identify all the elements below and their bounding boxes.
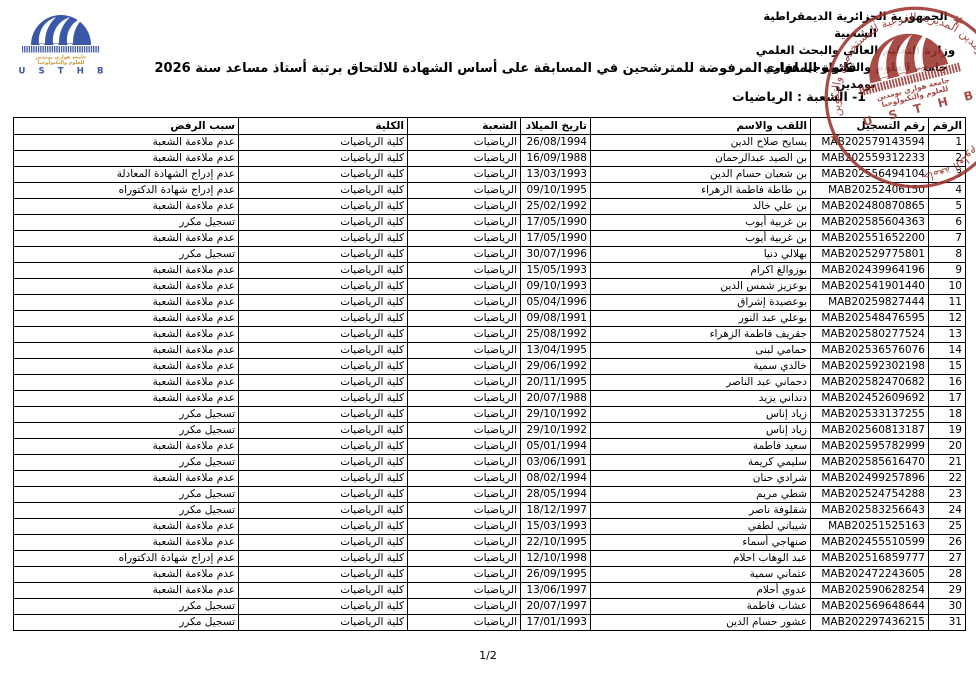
cell-rejection-reason: تسجيل مكرر — [14, 487, 239, 503]
cell-branch: الرياضيات — [408, 183, 521, 199]
col-header-no: الرقم — [929, 118, 966, 135]
cell-name: بن علي خالد — [591, 199, 811, 215]
page-title: قائمة الملفات المرفوضة للمترشحين في المس… — [150, 61, 861, 76]
cell-birth-date: 20/11/1995 — [521, 375, 591, 391]
cell-name: عدوي أحلام — [591, 583, 811, 599]
cell-name: خالدي سمية — [591, 359, 811, 375]
table-row: 18 MAB202533137255 زياد إناس 29/10/1992 … — [14, 407, 966, 423]
cell-no: 8 — [929, 247, 966, 263]
cell-rejection-reason: تسجيل مكرر — [14, 599, 239, 615]
table-row: 20 MAB202595782999 سعيد فاطمة 05/01/1994… — [14, 439, 966, 455]
cell-no: 11 — [929, 295, 966, 311]
cell-birth-date: 17/01/1993 — [521, 615, 591, 631]
cell-birth-date: 22/10/1995 — [521, 535, 591, 551]
cell-name: بوعصيدة إشراق — [591, 295, 811, 311]
cell-name: شيباني لطفي — [591, 519, 811, 535]
table-row: 31 MAB202297436215 عشور حسام الدين 17/01… — [14, 615, 966, 631]
cell-branch: الرياضيات — [408, 359, 521, 375]
cell-rejection-reason: عدم ملاءمة الشعبة — [14, 135, 239, 151]
cell-name: عشاب فاطمة — [591, 599, 811, 615]
cell-name: جقريف فاطمة الزهراء — [591, 327, 811, 343]
cell-name: بوعلي عبد النور — [591, 311, 811, 327]
cell-no: 5 — [929, 199, 966, 215]
cell-registration-number: MAB202560813187 — [811, 423, 929, 439]
cell-faculty: كلية الرياضيات — [239, 423, 408, 439]
table-row: 11 MAB20259827444 بوعصيدة إشراق 05/04/19… — [14, 295, 966, 311]
cell-rejection-reason: عدم ملاءمة الشعبة — [14, 471, 239, 487]
table-row: 13 MAB202580277524 جقريف فاطمة الزهراء 2… — [14, 327, 966, 343]
cell-branch: الرياضيات — [408, 471, 521, 487]
cell-registration-number: MAB202592302198 — [811, 359, 929, 375]
cell-rejection-reason: عدم ملاءمة الشعبة — [14, 583, 239, 599]
table-row: 5 MAB202480870865 بن علي خالد 25/02/1992… — [14, 199, 966, 215]
cell-registration-number: MAB202559312233 — [811, 151, 929, 167]
cell-branch: الرياضيات — [408, 407, 521, 423]
cell-registration-number: MAB202297436215 — [811, 615, 929, 631]
cell-branch: الرياضيات — [408, 567, 521, 583]
cell-no: 28 — [929, 567, 966, 583]
col-header-branch: الشعبة — [408, 118, 521, 135]
cell-birth-date: 16/09/1988 — [521, 151, 591, 167]
cell-name: شرادي حنان — [591, 471, 811, 487]
cell-registration-number: MAB202585616470 — [811, 455, 929, 471]
cell-birth-date: 03/06/1991 — [521, 455, 591, 471]
cell-no: 4 — [929, 183, 966, 199]
cell-registration-number: MAB202480870865 — [811, 199, 929, 215]
cell-birth-date: 29/10/1992 — [521, 407, 591, 423]
cell-no: 24 — [929, 503, 966, 519]
table-row: 14 MAB202536576076 حمامي لبنى 13/04/1995… — [14, 343, 966, 359]
col-header-dob: تاريخ الميلاد — [521, 118, 591, 135]
cell-no: 10 — [929, 279, 966, 295]
rejected-files-table: الرقم رقم التسجيل اللقب والاسم تاريخ الم… — [13, 117, 966, 631]
cell-rejection-reason: تسجيل مكرر — [14, 247, 239, 263]
cell-faculty: كلية الرياضيات — [239, 199, 408, 215]
cell-branch: الرياضيات — [408, 151, 521, 167]
cell-name: زياد إناس — [591, 423, 811, 439]
cell-birth-date: 20/07/1988 — [521, 391, 591, 407]
cell-registration-number: MAB202595782999 — [811, 439, 929, 455]
cell-faculty: كلية الرياضيات — [239, 599, 408, 615]
cell-faculty: كلية الرياضيات — [239, 471, 408, 487]
cell-rejection-reason: تسجيل مكرر — [14, 215, 239, 231]
cell-faculty: كلية الرياضيات — [239, 535, 408, 551]
cell-branch: الرياضيات — [408, 599, 521, 615]
cell-name: بن غربية أيوب — [591, 231, 811, 247]
cell-no: 13 — [929, 327, 966, 343]
cell-no: 17 — [929, 391, 966, 407]
cell-branch: الرياضيات — [408, 535, 521, 551]
cell-branch: الرياضيات — [408, 327, 521, 343]
cell-name: شقلوفة ناصر — [591, 503, 811, 519]
cell-rejection-reason: عدم ملاءمة الشعبة — [14, 311, 239, 327]
cell-birth-date: 25/02/1992 — [521, 199, 591, 215]
cell-faculty: كلية الرياضيات — [239, 167, 408, 183]
cell-faculty: كلية الرياضيات — [239, 359, 408, 375]
cell-faculty: كلية الرياضيات — [239, 375, 408, 391]
cell-registration-number: MAB202583256643 — [811, 503, 929, 519]
table-row: 27 MAB202516859777 عبد الوهاب احلام 12/1… — [14, 551, 966, 567]
cell-branch: الرياضيات — [408, 215, 521, 231]
cell-registration-number: MAB202579143594 — [811, 135, 929, 151]
cell-registration-number: MAB202452609692 — [811, 391, 929, 407]
cell-birth-date: 15/05/1993 — [521, 263, 591, 279]
cell-branch: الرياضيات — [408, 391, 521, 407]
cell-rejection-reason: عدم ملاءمة الشعبة — [14, 519, 239, 535]
cell-registration-number: MAB202529775801 — [811, 247, 929, 263]
cell-birth-date: 09/10/1993 — [521, 279, 591, 295]
cell-registration-number: MAB202455510599 — [811, 535, 929, 551]
cell-faculty: كلية الرياضيات — [239, 407, 408, 423]
cell-faculty: كلية الرياضيات — [239, 183, 408, 199]
table-row: 1 MAB202579143594 بسايح صلاح الدين 26/08… — [14, 135, 966, 151]
table-row: 30 MAB202569648644 عشاب فاطمة 20/07/1997… — [14, 599, 966, 615]
table-row: 3 MAB202556494104 بن شعبان حسام الدين 13… — [14, 167, 966, 183]
cell-faculty: كلية الرياضيات — [239, 343, 408, 359]
cell-registration-number: MAB202536576076 — [811, 343, 929, 359]
table-row: 23 MAB202524754288 شطي مريم 28/05/1994 ا… — [14, 487, 966, 503]
cell-rejection-reason: عدم ملاءمة الشعبة — [14, 359, 239, 375]
cell-name: بسايح صلاح الدين — [591, 135, 811, 151]
usthb-logo: جامعة هواري بومدين للعلوم والتكنولوجيا U… — [8, 6, 114, 84]
cell-faculty: كلية الرياضيات — [239, 311, 408, 327]
cell-no: 12 — [929, 311, 966, 327]
cell-birth-date: 13/06/1997 — [521, 583, 591, 599]
section-label: 1- الشعبة : الرياضيات — [732, 89, 866, 104]
table-row: 24 MAB202583256643 شقلوفة ناصر 18/12/199… — [14, 503, 966, 519]
cell-rejection-reason: عدم ملاءمة الشعبة — [14, 263, 239, 279]
cell-branch: الرياضيات — [408, 247, 521, 263]
cell-no: 29 — [929, 583, 966, 599]
cell-no: 22 — [929, 471, 966, 487]
cell-no: 18 — [929, 407, 966, 423]
cell-rejection-reason: تسجيل مكرر — [14, 407, 239, 423]
cell-registration-number: MAB202590628254 — [811, 583, 929, 599]
cell-registration-number: MAB20252406150 — [811, 183, 929, 199]
cell-registration-number: MAB202472243605 — [811, 567, 929, 583]
table-row: 26 MAB202455510599 صنهاجي أسماء 22/10/19… — [14, 535, 966, 551]
cell-faculty: كلية الرياضيات — [239, 327, 408, 343]
government-header: الجمهورية الجزائرية الديمقراطية الشعبية … — [748, 8, 963, 93]
cell-birth-date: 13/04/1995 — [521, 343, 591, 359]
cell-birth-date: 29/06/1992 — [521, 359, 591, 375]
cell-no: 26 — [929, 535, 966, 551]
cell-name: سعيد فاطمة — [591, 439, 811, 455]
cell-birth-date: 05/01/1994 — [521, 439, 591, 455]
cell-no: 3 — [929, 167, 966, 183]
cell-rejection-reason: عدم ملاءمة الشعبة — [14, 295, 239, 311]
cell-birth-date: 17/05/1990 — [521, 215, 591, 231]
cell-rejection-reason: عدم ملاءمة الشعبة — [14, 439, 239, 455]
cell-branch: الرياضيات — [408, 551, 521, 567]
cell-name: بهلالي دنيا — [591, 247, 811, 263]
cell-faculty: كلية الرياضيات — [239, 391, 408, 407]
cell-registration-number: MAB202582470682 — [811, 375, 929, 391]
cell-birth-date: 08/02/1994 — [521, 471, 591, 487]
logo-arabic-line2: للعلوم والتكنولوجيا — [38, 60, 85, 66]
table-body: 1 MAB202579143594 بسايح صلاح الدين 26/08… — [14, 135, 966, 631]
cell-no: 9 — [929, 263, 966, 279]
table-row: 19 MAB202560813187 زياد إناس 29/10/1992 … — [14, 423, 966, 439]
table-row: 10 MAB202541901440 بوعزيز شمس الدين 09/1… — [14, 279, 966, 295]
cell-rejection-reason: عدم إدراج شهادة الدكتوراه — [14, 183, 239, 199]
cell-birth-date: 20/07/1997 — [521, 599, 591, 615]
col-header-reg: رقم التسجيل — [811, 118, 929, 135]
table-row: 29 MAB202590628254 عدوي أحلام 13/06/1997… — [14, 583, 966, 599]
cell-faculty: كلية الرياضيات — [239, 231, 408, 247]
cell-name: بن طاطة فاطمة الزهراء — [591, 183, 811, 199]
cell-branch: الرياضيات — [408, 167, 521, 183]
cell-birth-date: 18/12/1997 — [521, 503, 591, 519]
cell-faculty: كلية الرياضيات — [239, 487, 408, 503]
table-row: 2 MAB202559312233 بن الصيد عبدالرحمان 16… — [14, 151, 966, 167]
cell-name: حمامي لبنى — [591, 343, 811, 359]
table-row: 12 MAB202548476595 بوعلي عبد النور 09/08… — [14, 311, 966, 327]
cell-birth-date: 13/03/1993 — [521, 167, 591, 183]
cell-faculty: كلية الرياضيات — [239, 551, 408, 567]
cell-branch: الرياضيات — [408, 279, 521, 295]
logo-acronym: U S T H B — [19, 67, 104, 77]
cell-faculty: كلية الرياضيات — [239, 215, 408, 231]
cell-faculty: كلية الرياضيات — [239, 279, 408, 295]
cell-faculty: كلية الرياضيات — [239, 263, 408, 279]
cell-no: 1 — [929, 135, 966, 151]
cell-no: 27 — [929, 551, 966, 567]
cell-registration-number: MAB20251525163 — [811, 519, 929, 535]
cell-birth-date: 05/04/1996 — [521, 295, 591, 311]
page-number: 1/2 — [0, 649, 976, 662]
cell-branch: الرياضيات — [408, 263, 521, 279]
cell-rejection-reason: عدم ملاءمة الشعبة — [14, 231, 239, 247]
cell-registration-number: MAB202551652200 — [811, 231, 929, 247]
cell-birth-date: 28/05/1994 — [521, 487, 591, 503]
cell-branch: الرياضيات — [408, 199, 521, 215]
col-header-name: اللقب والاسم — [591, 118, 811, 135]
cell-birth-date: 12/10/1998 — [521, 551, 591, 567]
cell-no: 25 — [929, 519, 966, 535]
cell-faculty: كلية الرياضيات — [239, 135, 408, 151]
cell-registration-number: MAB202556494104 — [811, 167, 929, 183]
cell-no: 7 — [929, 231, 966, 247]
cell-branch: الرياضيات — [408, 135, 521, 151]
cell-rejection-reason: عدم ملاءمة الشعبة — [14, 151, 239, 167]
cell-faculty: كلية الرياضيات — [239, 567, 408, 583]
cell-branch: الرياضيات — [408, 375, 521, 391]
cell-birth-date: 29/10/1992 — [521, 423, 591, 439]
cell-birth-date: 09/10/1995 — [521, 183, 591, 199]
table-row: 21 MAB202585616470 سليمي كريمة 03/06/199… — [14, 455, 966, 471]
cell-faculty: كلية الرياضيات — [239, 247, 408, 263]
cell-birth-date: 25/08/1992 — [521, 327, 591, 343]
table-row: 15 MAB202592302198 خالدي سمية 29/06/1992… — [14, 359, 966, 375]
cell-branch: الرياضيات — [408, 295, 521, 311]
table-row: 28 MAB202472243605 عثماني سمية 26/09/199… — [14, 567, 966, 583]
col-header-faculty: الكلية — [239, 118, 408, 135]
cell-rejection-reason: عدم ملاءمة الشعبة — [14, 199, 239, 215]
cell-branch: الرياضيات — [408, 231, 521, 247]
table-row: 7 MAB202551652200 بن غربية أيوب 17/05/19… — [14, 231, 966, 247]
cell-faculty: كلية الرياضيات — [239, 583, 408, 599]
cell-name: بوزوالغ اكرام — [591, 263, 811, 279]
cell-registration-number: MAB20259827444 — [811, 295, 929, 311]
cell-name: عشور حسام الدين — [591, 615, 811, 631]
cell-registration-number: MAB202580277524 — [811, 327, 929, 343]
cell-no: 21 — [929, 455, 966, 471]
cell-rejection-reason: عدم ملاءمة الشعبة — [14, 535, 239, 551]
cell-name: بن غربية أيوب — [591, 215, 811, 231]
cell-faculty: كلية الرياضيات — [239, 295, 408, 311]
cell-registration-number: MAB202541901440 — [811, 279, 929, 295]
cell-branch: الرياضيات — [408, 423, 521, 439]
table-row: 25 MAB20251525163 شيباني لطفي 15/03/1993… — [14, 519, 966, 535]
cell-branch: الرياضيات — [408, 455, 521, 471]
gov-line-1: الجمهورية الجزائرية الديمقراطية الشعبية — [748, 8, 963, 42]
cell-no: 20 — [929, 439, 966, 455]
cell-rejection-reason: عدم إدراج الشهادة المعادلة — [14, 167, 239, 183]
cell-registration-number: MAB202516859777 — [811, 551, 929, 567]
cell-no: 14 — [929, 343, 966, 359]
cell-birth-date: 15/03/1993 — [521, 519, 591, 535]
cell-branch: الرياضيات — [408, 439, 521, 455]
cell-name: بوعزيز شمس الدين — [591, 279, 811, 295]
cell-branch: الرياضيات — [408, 583, 521, 599]
cell-registration-number: MAB202548476595 — [811, 311, 929, 327]
cell-rejection-reason: عدم ملاءمة الشعبة — [14, 391, 239, 407]
cell-rejection-reason: تسجيل مكرر — [14, 455, 239, 471]
cell-registration-number: MAB202569648644 — [811, 599, 929, 615]
cell-branch: الرياضيات — [408, 343, 521, 359]
cell-rejection-reason: تسجيل مكرر — [14, 423, 239, 439]
cell-birth-date: 26/09/1995 — [521, 567, 591, 583]
cell-branch: الرياضيات — [408, 311, 521, 327]
cell-rejection-reason: عدم ملاءمة الشعبة — [14, 343, 239, 359]
cell-registration-number: MAB202439964196 — [811, 263, 929, 279]
table-row: 16 MAB202582470682 دحماني عبد الناصر 20/… — [14, 375, 966, 391]
cell-faculty: كلية الرياضيات — [239, 615, 408, 631]
cell-no: 15 — [929, 359, 966, 375]
cell-registration-number: MAB202524754288 — [811, 487, 929, 503]
cell-rejection-reason: عدم ملاءمة الشعبة — [14, 279, 239, 295]
cell-faculty: كلية الرياضيات — [239, 519, 408, 535]
col-header-reason: سبب الرفض — [14, 118, 239, 135]
cell-name: دحماني عبد الناصر — [591, 375, 811, 391]
cell-no: 19 — [929, 423, 966, 439]
cell-name: بن شعبان حسام الدين — [591, 167, 811, 183]
cell-no: 30 — [929, 599, 966, 615]
cell-name: عبد الوهاب احلام — [591, 551, 811, 567]
cell-birth-date: 26/08/1994 — [521, 135, 591, 151]
cell-rejection-reason: تسجيل مكرر — [14, 503, 239, 519]
cell-registration-number: MAB202533137255 — [811, 407, 929, 423]
cell-name: عثماني سمية — [591, 567, 811, 583]
gov-line-2: وزارة التعليم العالي والبحث العلمي — [748, 42, 963, 59]
cell-rejection-reason: عدم ملاءمة الشعبة — [14, 567, 239, 583]
dome-icon — [22, 15, 100, 53]
cell-birth-date: 30/07/1996 — [521, 247, 591, 263]
cell-branch: الرياضيات — [408, 615, 521, 631]
cell-name: دنداني يزيد — [591, 391, 811, 407]
table-row: 9 MAB202439964196 بوزوالغ اكرام 15/05/19… — [14, 263, 966, 279]
cell-registration-number: MAB202585604363 — [811, 215, 929, 231]
cell-birth-date: 17/05/1990 — [521, 231, 591, 247]
table-row: 8 MAB202529775801 بهلالي دنيا 30/07/1996… — [14, 247, 966, 263]
table-row: 6 MAB202585604363 بن غربية أيوب 17/05/19… — [14, 215, 966, 231]
cell-name: سليمي كريمة — [591, 455, 811, 471]
cell-faculty: كلية الرياضيات — [239, 151, 408, 167]
cell-no: 2 — [929, 151, 966, 167]
table-header: الرقم رقم التسجيل اللقب والاسم تاريخ الم… — [14, 118, 966, 135]
cell-no: 23 — [929, 487, 966, 503]
cell-name: شطي مريم — [591, 487, 811, 503]
cell-no: 16 — [929, 375, 966, 391]
cell-name: زياد إناس — [591, 407, 811, 423]
cell-no: 6 — [929, 215, 966, 231]
cell-rejection-reason: عدم ملاءمة الشعبة — [14, 375, 239, 391]
cell-branch: الرياضيات — [408, 487, 521, 503]
cell-branch: الرياضيات — [408, 519, 521, 535]
table-row: 17 MAB202452609692 دنداني يزيد 20/07/198… — [14, 391, 966, 407]
table-row: 4 MAB20252406150 بن طاطة فاطمة الزهراء 0… — [14, 183, 966, 199]
cell-name: بن الصيد عبدالرحمان — [591, 151, 811, 167]
cell-branch: الرياضيات — [408, 503, 521, 519]
cell-birth-date: 09/08/1991 — [521, 311, 591, 327]
table-row: 22 MAB202499257896 شرادي حنان 08/02/1994… — [14, 471, 966, 487]
cell-faculty: كلية الرياضيات — [239, 503, 408, 519]
cell-faculty: كلية الرياضيات — [239, 439, 408, 455]
cell-name: صنهاجي أسماء — [591, 535, 811, 551]
cell-rejection-reason: تسجيل مكرر — [14, 615, 239, 631]
cell-no: 31 — [929, 615, 966, 631]
cell-rejection-reason: عدم إدراج شهادة الدكتوراه — [14, 551, 239, 567]
cell-rejection-reason: عدم ملاءمة الشعبة — [14, 327, 239, 343]
cell-registration-number: MAB202499257896 — [811, 471, 929, 487]
cell-faculty: كلية الرياضيات — [239, 455, 408, 471]
document-page: جامعة هواري بومدين للعلوم والتكنولوجيا U… — [0, 0, 976, 675]
